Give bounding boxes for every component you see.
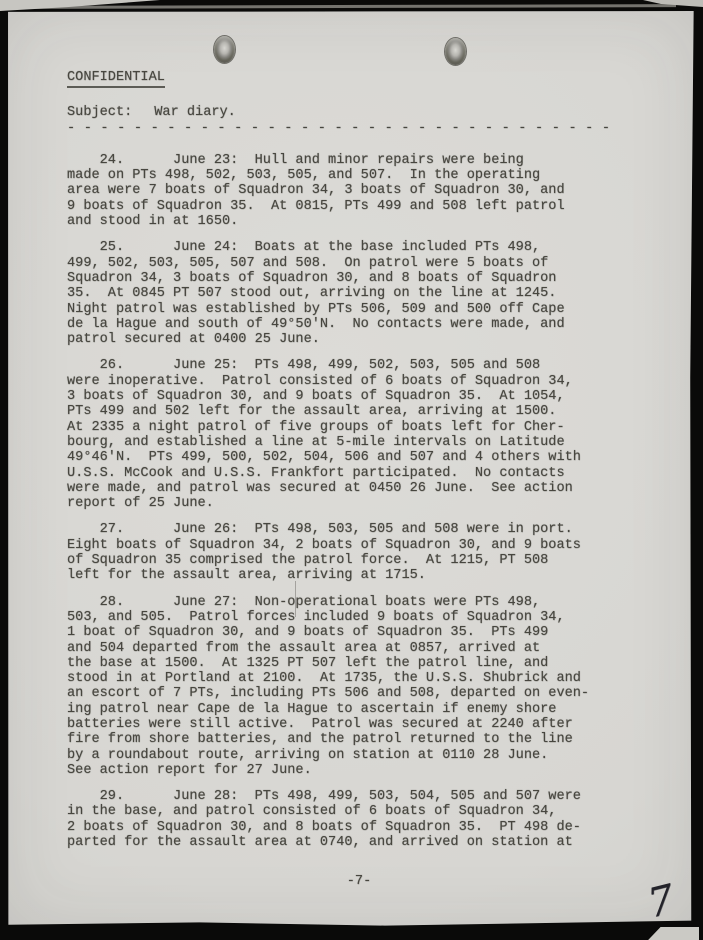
classification-heading: CONFIDENTIAL <box>67 70 165 88</box>
scan-scratch-artifact <box>295 581 296 617</box>
diary-entries: 24. June 23: Hull and minor repairs were… <box>67 153 651 850</box>
underlying-sheet-top-edge <box>28 4 676 9</box>
dashed-divider-rule: - - - - - - - - - - - - - - - - - - - - … <box>67 121 651 136</box>
scan-background: { "document": { "classification": "CONFI… <box>0 0 703 940</box>
diary-paragraph-27: 27. June 26: PTs 498, 503, 505 and 508 w… <box>67 522 651 583</box>
diary-paragraph-28: 28. June 27: Non-operational boats were … <box>67 595 651 779</box>
diary-paragraph-25: 25. June 24: Boats at the base included … <box>67 240 651 347</box>
subject-label: Subject: <box>67 105 132 120</box>
diary-paragraph-29: 29. June 28: PTs 498, 499, 503, 504, 505… <box>67 789 651 850</box>
subject-line: Subject: War diary. <box>67 105 651 120</box>
diary-paragraph-26: 26. June 25: PTs 498, 499, 502, 503, 505… <box>67 358 651 511</box>
typewritten-content: CONFIDENTIAL Subject: War diary. - - - -… <box>67 70 651 890</box>
document-page: CONFIDENTIAL Subject: War diary. - - - -… <box>7 11 694 927</box>
brass-fastener-left-icon <box>214 36 235 63</box>
underlying-sheet-bottom-right-corner <box>637 927 699 940</box>
brass-fastener-right-icon <box>445 38 466 65</box>
subject-value: War diary. <box>154 105 236 120</box>
diary-paragraph-24: 24. June 23: Hull and minor repairs were… <box>67 153 651 229</box>
typed-page-number: -7- <box>67 874 651 889</box>
handwritten-page-number: 7 <box>644 876 677 928</box>
